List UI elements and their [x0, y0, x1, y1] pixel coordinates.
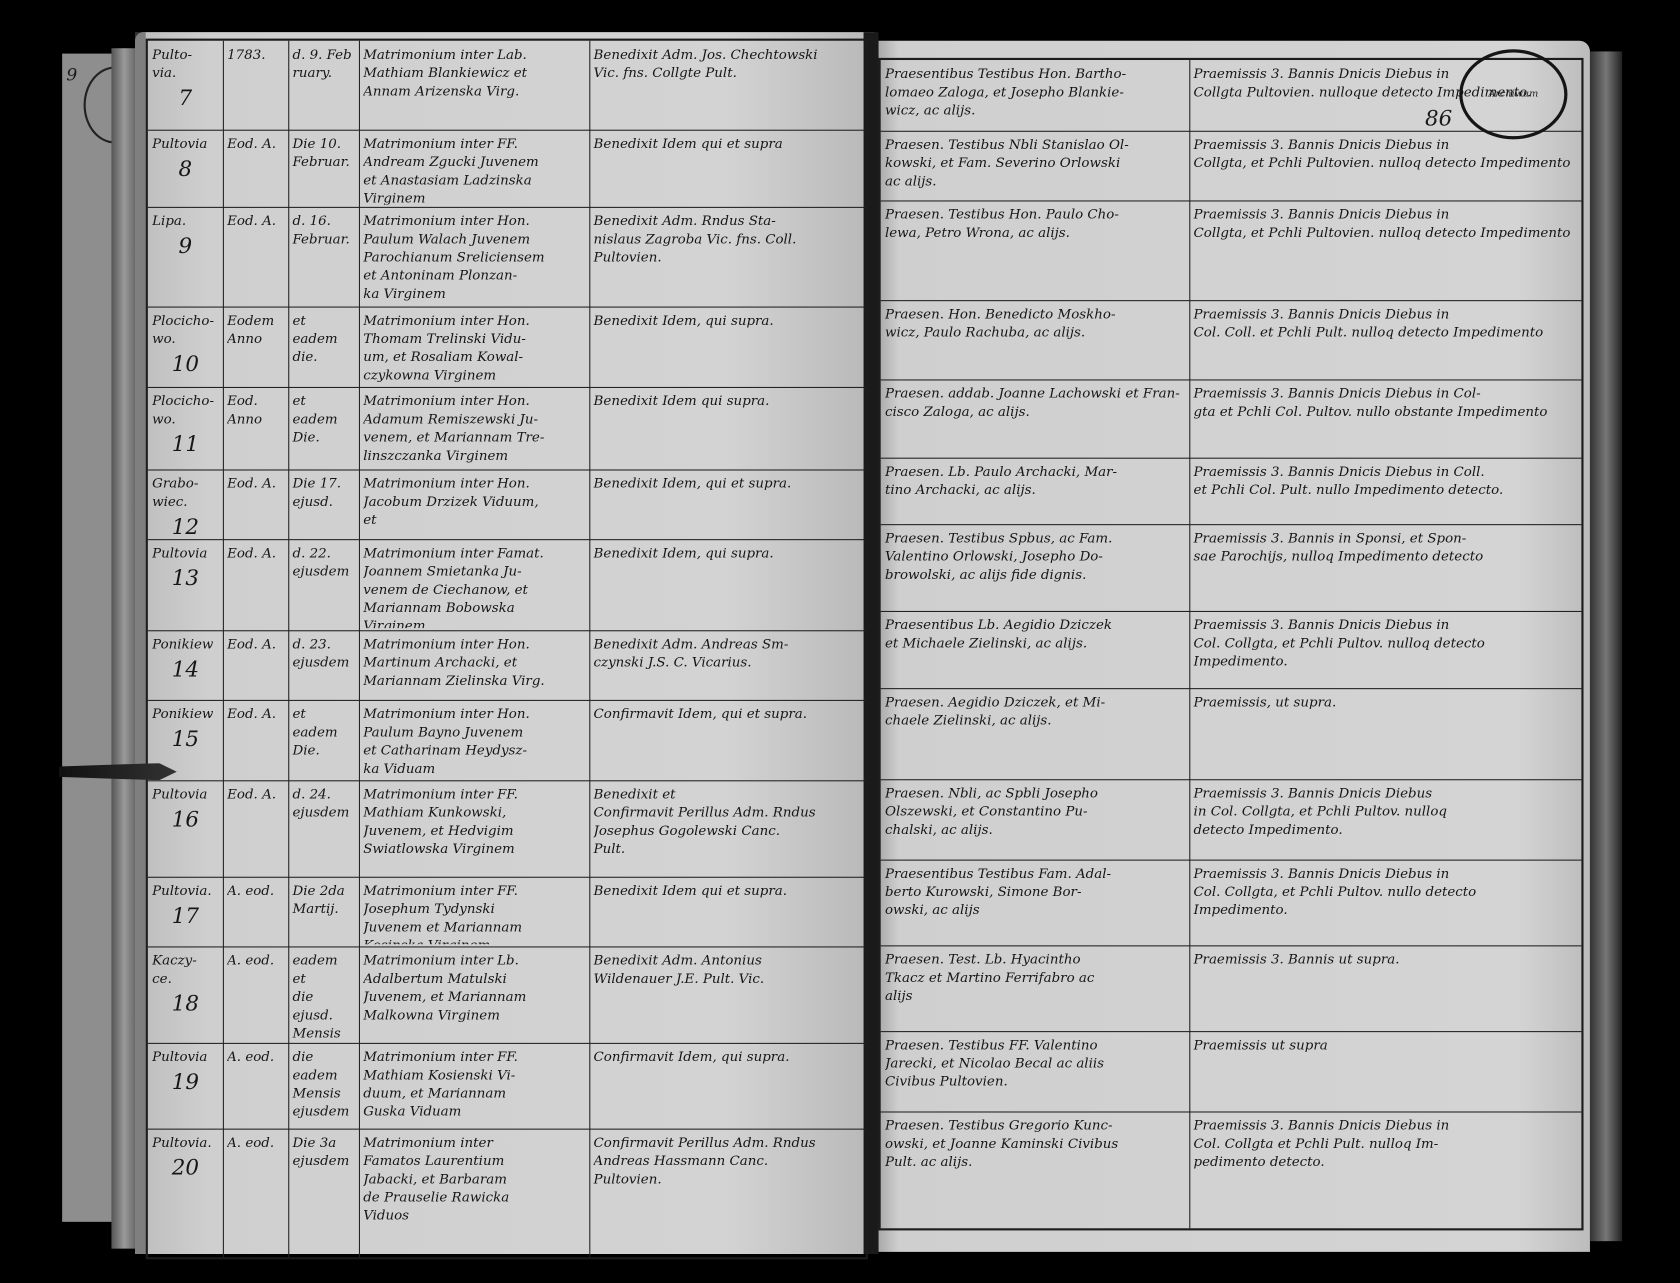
- entry-witnesses: Praesen. addab. Joanne Lachowski et Fran…: [885, 384, 1185, 456]
- entry-witnesses: Praesen. Nbli, ac Spbli Josepho Olszewsk…: [885, 783, 1185, 857]
- register-scan: Pulto- via.71783.d. 9. Feb ruary.Matrimo…: [0, 0, 1680, 1283]
- entry-year: Eod. Anno: [227, 391, 284, 467]
- entry-witnesses: Praesentibus Lb. Aegidio Dziczek et Mich…: [885, 615, 1185, 686]
- entry-number: 11: [152, 432, 218, 456]
- row-divider: [881, 779, 1582, 780]
- row-divider: [148, 877, 866, 878]
- row-divider: [881, 458, 1582, 459]
- row-divider: [881, 379, 1582, 380]
- entry-date: d. 22. ejusdem: [292, 543, 354, 628]
- entry-blessing: Benedixit Adm. Antonius Wildenauer J.E. …: [594, 951, 862, 1041]
- entry-number: 13: [152, 566, 218, 590]
- row-divider: [881, 1111, 1582, 1112]
- entry-banns: Praemissis 3. Bannis Dnicis Diebus in Co…: [1194, 783, 1578, 857]
- entry-witnesses: Praesen. Testibus FF. Valentino Jarecki,…: [885, 1035, 1185, 1109]
- entry-banns: Praemissis 3. Bannis Dnicis Diebus in Co…: [1194, 205, 1578, 298]
- entry-marriage: Matrimonium inter FF. Mathiam Kunkowski,…: [363, 785, 585, 875]
- entry-date: d. 9. Feb ruary.: [292, 45, 354, 128]
- entry-place: Pultovia19: [152, 1047, 218, 1126]
- entry-marriage: Matrimonium inter Lb. Adalbertum Matulsk…: [363, 951, 585, 1041]
- entry-witnesses: Praesen. Hon. Benedicto Moskho- wicz, Pa…: [885, 304, 1185, 377]
- entry-witnesses: Praesen. Testibus Nbli Stanislao Ol- kow…: [885, 135, 1185, 198]
- row-divider: [148, 207, 866, 208]
- place-name: Kaczy- ce.: [152, 952, 197, 986]
- entry-witnesses: Praesentibus Testibus Fam. Adal- berto K…: [885, 864, 1185, 943]
- row-divider: [881, 688, 1582, 689]
- entry-blessing: Confirmavit Perillus Adm. Rndus Andreas …: [594, 1133, 862, 1255]
- entry-marriage: Matrimonium inter Hon. Martinum Archacki…: [363, 635, 585, 698]
- entry-place: Pultovia8: [152, 134, 218, 205]
- entry-year: Eodem Anno: [227, 311, 284, 385]
- entry-place: Pultovia.17: [152, 881, 218, 944]
- entry-marriage: Matrimonium inter Hon. Adamum Remiszewsk…: [363, 391, 585, 467]
- place-name: Pultovia: [152, 1048, 207, 1064]
- entry-date: d. 23. ejusdem: [292, 635, 354, 698]
- entry-place: Kaczy- ce.18: [152, 951, 218, 1041]
- place-name: Lipa.: [152, 212, 186, 228]
- entry-banns: Praemissis 3. Bannis Dnicis Diebus in Co…: [1194, 615, 1578, 686]
- entry-banns: Praemissis 3. Bannis Dnicis Diebus in Co…: [1194, 384, 1578, 456]
- entry-marriage: Matrimonium inter Hon. Jacobum Drzizek V…: [363, 474, 585, 537]
- entry-banns: Praemissis 3. Bannis in Sponsi, et Spon-…: [1194, 528, 1578, 608]
- row-divider: [881, 524, 1582, 525]
- entry-number: 19: [152, 1070, 218, 1094]
- entry-marriage: Matrimonium inter Lab. Mathiam Blankiewi…: [363, 45, 585, 128]
- entry-place: Plocicho- wo.10: [152, 311, 218, 385]
- entry-blessing: Benedixit Idem qui et supra: [594, 134, 862, 205]
- entry-blessing: Confirmavit Idem, qui et supra.: [594, 704, 862, 778]
- place-name: Pultovia.: [152, 1134, 211, 1150]
- entry-blessing: Benedixit Adm. Jos. Chechtowski Vic. fns…: [594, 45, 862, 128]
- column-divider: [223, 41, 224, 1257]
- row-divider: [148, 630, 866, 631]
- row-divider: [881, 611, 1582, 612]
- entry-year: 1783.: [227, 45, 284, 128]
- row-divider: [148, 387, 866, 388]
- entry-blessing: Benedixit Idem qui supra.: [594, 391, 862, 467]
- seal-text: Archiwum: [1488, 89, 1538, 100]
- row-divider: [881, 200, 1582, 201]
- left-register-table: Pulto- via.71783.d. 9. Feb ruary.Matrimo…: [146, 39, 868, 1260]
- row-divider: [148, 307, 866, 308]
- entry-blessing: Benedixit Adm. Andreas Sm- czynski J.S. …: [594, 635, 862, 698]
- row-divider: [148, 1129, 866, 1130]
- entry-number: 20: [152, 1155, 218, 1179]
- entry-year: Eod. A.: [227, 704, 284, 778]
- entry-banns: Praemissis 3. Bannis Dnicis Diebus in Co…: [1194, 462, 1578, 522]
- entry-year: A. eod.: [227, 1047, 284, 1126]
- entry-date: et eadem die.: [292, 311, 354, 385]
- entry-place: Pulto- via.7: [152, 45, 218, 128]
- entry-date: die eadem Mensis ejusdem: [292, 1047, 354, 1126]
- entry-blessing: Benedixit Idem, qui et supra.: [594, 474, 862, 537]
- margin-mark: 9: [66, 64, 77, 84]
- place-name: Grabo- wiec.: [152, 475, 198, 509]
- place-name: Pulto- via.: [152, 46, 192, 80]
- entry-number: 16: [152, 807, 218, 831]
- entry-place: Plocicho- wo.11: [152, 391, 218, 467]
- entry-place: Pultovia13: [152, 543, 218, 628]
- entry-marriage: Matrimonium inter Hon. Thomam Trelinski …: [363, 311, 585, 385]
- entry-date: d. 16. Februar.: [292, 211, 354, 304]
- entry-witnesses: Praesen. Lb. Paulo Archacki, Mar- tino A…: [885, 462, 1185, 522]
- entry-date: Die 17. ejusd.: [292, 474, 354, 537]
- entry-year: Eod. A.: [227, 543, 284, 628]
- entry-witnesses: Praesentibus Testibus Hon. Bartho- lomae…: [885, 64, 1185, 128]
- place-name: Pultovia: [152, 544, 207, 560]
- place-name: Ponikiew: [152, 636, 213, 652]
- entry-number: 8: [152, 156, 218, 180]
- place-name: Plocicho- wo.: [152, 312, 214, 346]
- entry-witnesses: Praesen. Testibus Hon. Paulo Cho- lewa, …: [885, 205, 1185, 298]
- column-divider: [359, 41, 360, 1257]
- row-divider: [148, 700, 866, 701]
- column-divider: [1189, 60, 1190, 1228]
- binding-flap: [62, 54, 116, 1222]
- row-divider: [881, 131, 1582, 132]
- entry-marriage: Matrimonium inter Famat. Joannem Smietan…: [363, 543, 585, 628]
- entry-place: Pultovia.20: [152, 1133, 218, 1255]
- entry-year: Eod. A.: [227, 785, 284, 875]
- entry-place: Ponikiew14: [152, 635, 218, 698]
- entry-banns: Praemissis 3. Bannis Dnicis Diebus in Co…: [1194, 864, 1578, 943]
- entry-witnesses: Praesen. Aegidio Dziczek, et Mi- chaele …: [885, 692, 1185, 777]
- entry-marriage: Matrimonium inter Hon. Paulum Bayno Juve…: [363, 704, 585, 778]
- entry-date: Die 2da Martij.: [292, 881, 354, 944]
- entry-banns: Praemissis 3. Bannis Dnicis Diebus in Co…: [1194, 135, 1578, 198]
- entry-year: A. eod.: [227, 951, 284, 1041]
- entry-place: Pultovia16: [152, 785, 218, 875]
- entry-banns: Praemissis ut supra: [1194, 1035, 1578, 1109]
- entry-blessing: Benedixit Idem, qui supra.: [594, 311, 862, 385]
- column-divider: [288, 41, 289, 1257]
- entry-number: 14: [152, 657, 218, 681]
- right-register-table: Praesentibus Testibus Hon. Bartho- lomae…: [879, 58, 1584, 1231]
- archive-seal-stamp: Archiwum: [1459, 49, 1567, 139]
- entry-marriage: Matrimonium inter FF. Andream Zgucki Juv…: [363, 134, 585, 205]
- entry-blessing: Benedixit et Confirmavit Perillus Adm. R…: [594, 785, 862, 875]
- place-name: Ponikiew: [152, 705, 213, 721]
- row-divider: [148, 469, 866, 470]
- page-edge-right: [1590, 51, 1622, 1241]
- entry-blessing: Benedixit Idem qui et supra.: [594, 881, 862, 944]
- entry-banns: Praemissis 3. Bannis Dnicis Diebus in Co…: [1194, 304, 1578, 377]
- entry-blessing: Confirmavit Idem, qui supra.: [594, 1047, 862, 1126]
- entry-banns: Praemissis 3. Bannis Dnicis Diebus in Co…: [1194, 1116, 1578, 1226]
- entry-witnesses: Praesen. Testibus Gregorio Kunc- owski, …: [885, 1116, 1185, 1226]
- row-divider: [148, 946, 866, 947]
- entry-place: Grabo- wiec.12: [152, 474, 218, 537]
- entry-year: Eod. A.: [227, 134, 284, 205]
- entry-number: 7: [152, 86, 218, 110]
- entry-year: Eod. A.: [227, 635, 284, 698]
- row-divider: [881, 945, 1582, 946]
- entry-date: Die 10. Februar.: [292, 134, 354, 205]
- row-divider: [881, 1031, 1582, 1032]
- left-page-edge-stain: [135, 32, 146, 1254]
- column-divider: [589, 41, 590, 1257]
- entry-date: Die 3a ejusdem: [292, 1133, 354, 1255]
- row-divider: [881, 860, 1582, 861]
- row-divider: [148, 1043, 866, 1044]
- page-number: 86: [1425, 105, 1452, 131]
- row-divider: [148, 780, 866, 781]
- entry-number: 18: [152, 991, 218, 1015]
- entry-number: 12: [152, 514, 218, 537]
- entry-place: Lipa.9: [152, 211, 218, 304]
- entry-blessing: Benedixit Idem, qui supra.: [594, 543, 862, 628]
- entry-date: d. 24. ejusdem: [292, 785, 354, 875]
- entry-marriage: Matrimonium inter Famatos Laurentium Jab…: [363, 1133, 585, 1255]
- entry-banns: Praemissis 3. Bannis ut supra.: [1194, 950, 1578, 1029]
- entry-year: Eod. A.: [227, 474, 284, 537]
- entry-number: 10: [152, 352, 218, 376]
- entry-number: 15: [152, 727, 218, 751]
- row-divider: [148, 539, 866, 540]
- row-divider: [881, 300, 1582, 301]
- entry-marriage: Matrimonium inter FF. Josephum Tydynski …: [363, 881, 585, 944]
- place-name: Pultovia: [152, 786, 207, 802]
- entry-marriage: Matrimonium inter FF. Mathiam Kosienski …: [363, 1047, 585, 1126]
- place-name: Plocicho- wo.: [152, 392, 214, 426]
- entry-blessing: Benedixit Adm. Rndus Sta- nislaus Zagrob…: [594, 211, 862, 304]
- entry-number: 9: [152, 234, 218, 258]
- entry-number: 17: [152, 904, 218, 928]
- entry-date: eadem et die ejusd. Mensis: [292, 951, 354, 1041]
- place-name: Pultovia.: [152, 882, 211, 898]
- entry-year: Eod. A.: [227, 211, 284, 304]
- entry-year: A. eod.: [227, 1133, 284, 1255]
- entry-date: et eadem Die.: [292, 704, 354, 778]
- entry-date: et eadem Die.: [292, 391, 354, 467]
- entry-witnesses: Praesen. Test. Lb. Hyacintho Tkacz et Ma…: [885, 950, 1185, 1029]
- place-name: Pultovia: [152, 135, 207, 151]
- entry-banns: Praemissis, ut supra.: [1194, 692, 1578, 777]
- entry-year: A. eod.: [227, 881, 284, 944]
- entry-marriage: Matrimonium inter Hon. Paulum Walach Juv…: [363, 211, 585, 304]
- row-divider: [148, 130, 866, 131]
- entry-witnesses: Praesen. Testibus Spbus, ac Fam. Valenti…: [885, 528, 1185, 608]
